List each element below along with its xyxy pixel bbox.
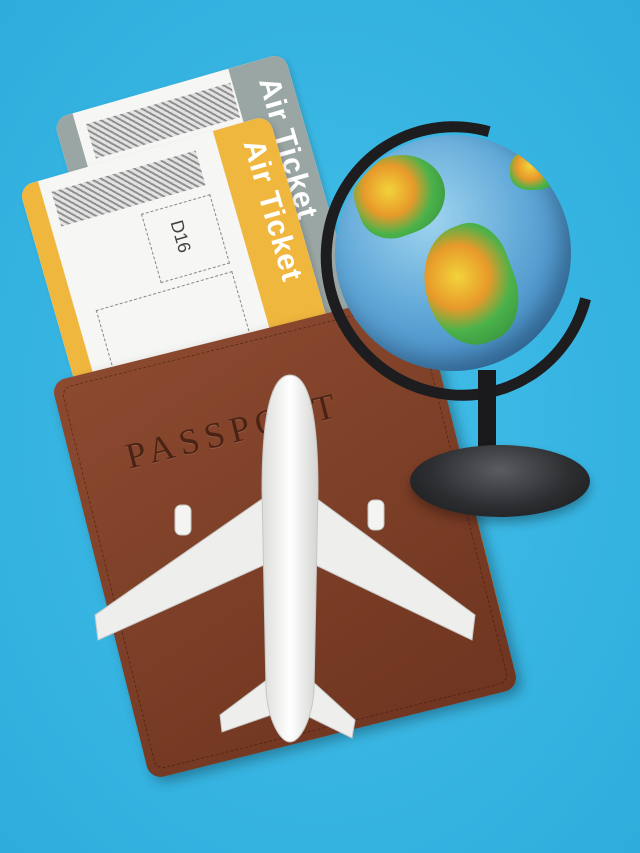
africa: [510, 150, 560, 190]
airplane-model-icon: [90, 370, 490, 750]
south-america: [407, 213, 533, 357]
globe: [335, 135, 571, 371]
travel-photo: Air Ticket D16 Air Ticket PASSPORT: [0, 0, 640, 853]
